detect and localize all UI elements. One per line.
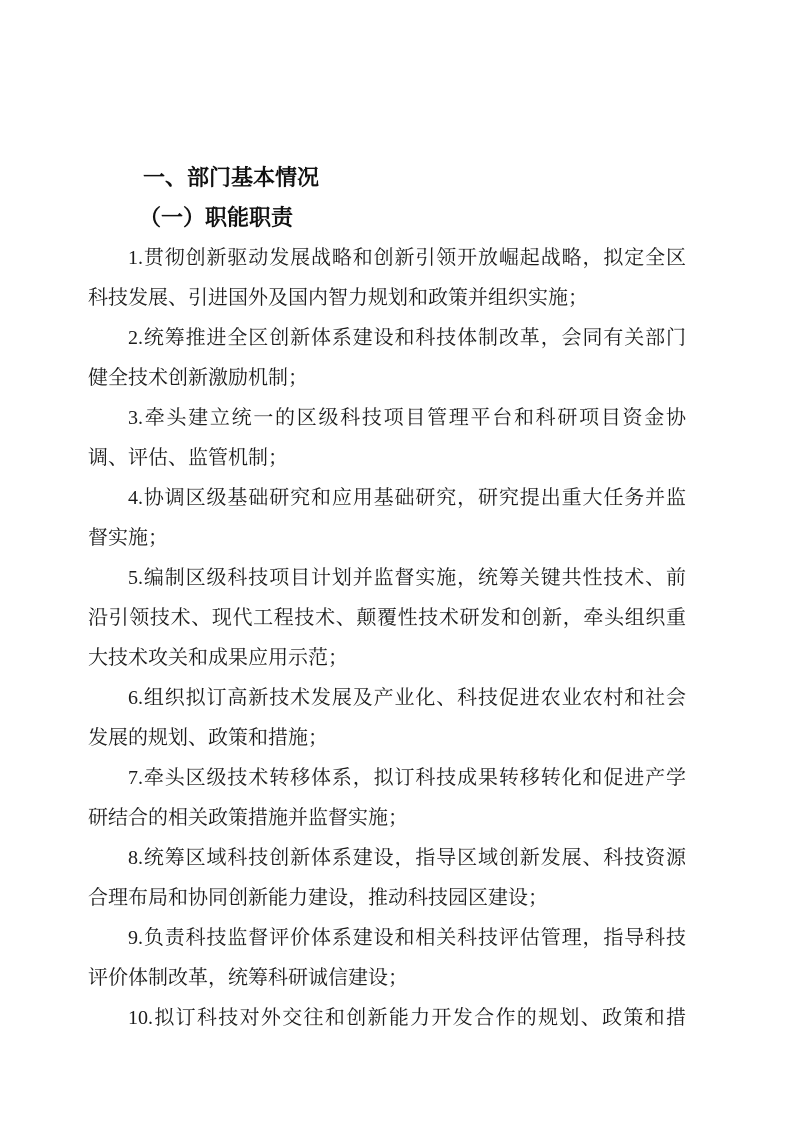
body-line: 5.编制区级科技项目计划并监督实施，统筹关键共性技术、前 [88,558,686,598]
body-line: 大技术攻关和成果应用示范； [88,638,686,678]
body-line: 6.组织拟订高新技术发展及产业化、科技促进农业农村和社会 [88,678,686,718]
body-line: 沿引领技术、现代工程技术、颠覆性技术研发和创新，牵头组织重 [88,598,686,638]
document-content: 一、部门基本情况 （一）职能职责 1.贯彻创新驱动发展战略和创新引领开放崛起战略… [88,158,686,1038]
body-line: 9.负责科技监督评价体系建设和相关科技评估管理，指导科技 [88,918,686,958]
body-line: 4.协调区级基础研究和应用基础研究，研究提出重大任务并监 [88,478,686,518]
body-line: 8.统筹区域科技创新体系建设，指导区域创新发展、科技资源 [88,838,686,878]
body-line: 研结合的相关政策措施并监督实施； [88,798,686,838]
body-line: 2.统筹推进全区创新体系建设和科技体制改革，会同有关部门 [88,318,686,358]
body-line: 3.牵头建立统一的区级科技项目管理平台和科研项目资金协 [88,398,686,438]
body-line: 1.贯彻创新驱动发展战略和创新引领开放崛起战略，拟定全区 [88,238,686,278]
body-line: 7.牵头区级技术转移体系，拟订科技成果转移转化和促进产学 [88,758,686,798]
body-line: 合理布局和协同创新能力建设，推动科技园区建设； [88,878,686,918]
body-line: 督实施； [88,518,686,558]
body-line: 调、评估、监管机制； [88,438,686,478]
body-line: 评价体制改革，统筹科研诚信建设； [88,958,686,998]
body-line: 健全技术创新激励机制； [88,358,686,398]
subsection-heading: （一）职能职责 [88,198,686,238]
body-line: 科技发展、引进国外及国内智力规划和政策并组织实施； [88,278,686,318]
section-heading: 一、部门基本情况 [88,158,686,198]
document-page: 一、部门基本情况 （一）职能职责 1.贯彻创新驱动发展战略和创新引领开放崛起战略… [0,0,794,1122]
body-line: 发展的规划、政策和措施； [88,718,686,758]
body-line: 10.拟订科技对外交往和创新能力开发合作的规划、政策和措 [88,998,686,1038]
